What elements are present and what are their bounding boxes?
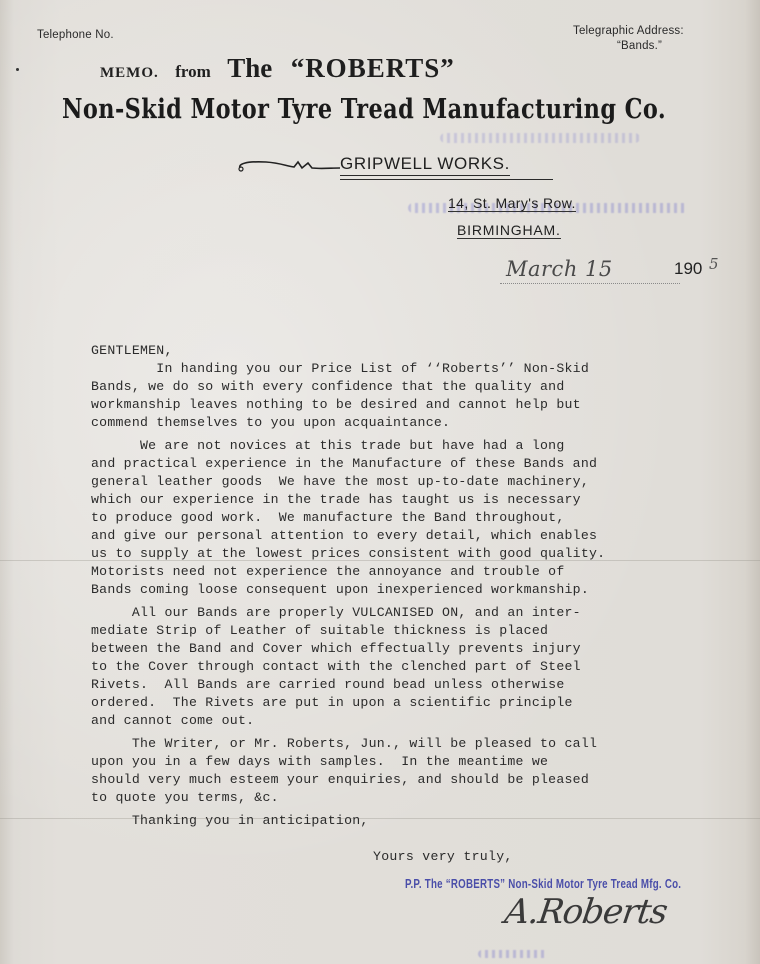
address-city: BIRMINGHAM. (457, 222, 561, 239)
text-line: Rivets. All Bands are carried round bead… (91, 676, 711, 694)
memo-heading: MEMO. from The “ROBERTS” (100, 53, 560, 87)
roberts-brand: “ROBERTS” (291, 53, 455, 83)
text-line: ordered. The Rivets are put in upon a sc… (91, 694, 711, 712)
address-street: 14, St. Mary's Row. (448, 195, 576, 212)
memo-label: MEMO. (100, 65, 159, 81)
text-line: Bands, we do so with every confidence th… (91, 378, 711, 396)
handwritten-year-digit: 5 (709, 255, 719, 273)
text-line: upon you in a few days with samples. In … (91, 753, 711, 771)
text-line: We are not novices at this trade but hav… (91, 437, 711, 455)
text-line: should very much esteem your enquiries, … (91, 771, 711, 789)
text-line: workmanship leaves nothing to be desired… (91, 396, 711, 414)
signature-text: A.Roberts (502, 892, 669, 932)
paragraph-3: All our Bands are properly VULCANISED ON… (91, 604, 711, 730)
company-stamp: P.P. The “ROBERTS” Non-Skid Motor Tyre T… (405, 877, 681, 891)
text-line: Thanking you in anticipation, (91, 812, 711, 830)
ink-stamp-smudge (440, 133, 640, 143)
text-line: The Writer, or Mr. Roberts, Jun., will b… (91, 735, 711, 753)
paragraph-2: We are not novices at this trade but hav… (91, 437, 711, 599)
text-line: us to supply at the lowest prices consis… (91, 545, 711, 563)
ink-stamp-smudge (478, 950, 548, 958)
handwritten-date: March 15 (506, 257, 613, 281)
double-underline (340, 179, 553, 180)
text-line: and give our personal attention to every… (91, 527, 711, 545)
text-line: to quote you terms, &c. (91, 789, 711, 807)
valediction: Yours very truly, (373, 849, 513, 864)
flourish-ornament-icon (236, 156, 340, 176)
text-line: to the Cover through contact with the cl… (91, 658, 711, 676)
salutation: GENTLEMEN, (91, 342, 711, 360)
the-label: The (227, 53, 272, 83)
text-line: which our experience in the trade has ta… (91, 491, 711, 509)
text-line: commend themselves to you upon acquainta… (91, 414, 711, 432)
text-line: Bands coming loose consequent upon inexp… (91, 581, 711, 599)
letter-paper: Telephone No. Telegraphic Address: “Band… (0, 0, 760, 964)
telegraphic-address-value: “Bands.” (617, 40, 662, 52)
text-line: general leather goods We have the most u… (91, 473, 711, 491)
ink-speck (16, 68, 19, 71)
text-line: and practical experience in the Manufact… (91, 455, 711, 473)
text-line: to produce good work. We manufacture the… (91, 509, 711, 527)
text-line: between the Band and Cover which effectu… (91, 640, 711, 658)
company-name: Non-Skid Motor Tyre Tread Manufacturing … (62, 94, 610, 125)
text-line: All our Bands are properly VULCANISED ON… (91, 604, 711, 622)
from-label: from (175, 62, 211, 81)
text-line: Motorists need not experience the annoya… (91, 563, 711, 581)
works-name: GRIPWELL WORKS. (340, 154, 510, 176)
printed-year: 190 (674, 259, 702, 279)
telephone-label: Telephone No. (37, 29, 114, 41)
signature: A.Roberts (505, 892, 665, 952)
text-line: mediate Strip of Leather of suitable thi… (91, 622, 711, 640)
letter-body: GENTLEMEN, In handing you our Price List… (91, 342, 711, 830)
date-line: March 15 190 5 (500, 255, 730, 289)
paragraph-1: In handing you our Price List of ‘‘Rober… (91, 360, 711, 432)
paragraph-5: Thanking you in anticipation, (91, 812, 711, 830)
telegraphic-address-label: Telegraphic Address: (573, 25, 684, 37)
paragraph-4: The Writer, or Mr. Roberts, Jun., will b… (91, 735, 711, 807)
works-heading: GRIPWELL WORKS. (236, 152, 566, 182)
date-dotted-rule (500, 283, 680, 284)
text-line: and cannot come out. (91, 712, 711, 730)
text-line: In handing you our Price List of ‘‘Rober… (91, 360, 711, 378)
